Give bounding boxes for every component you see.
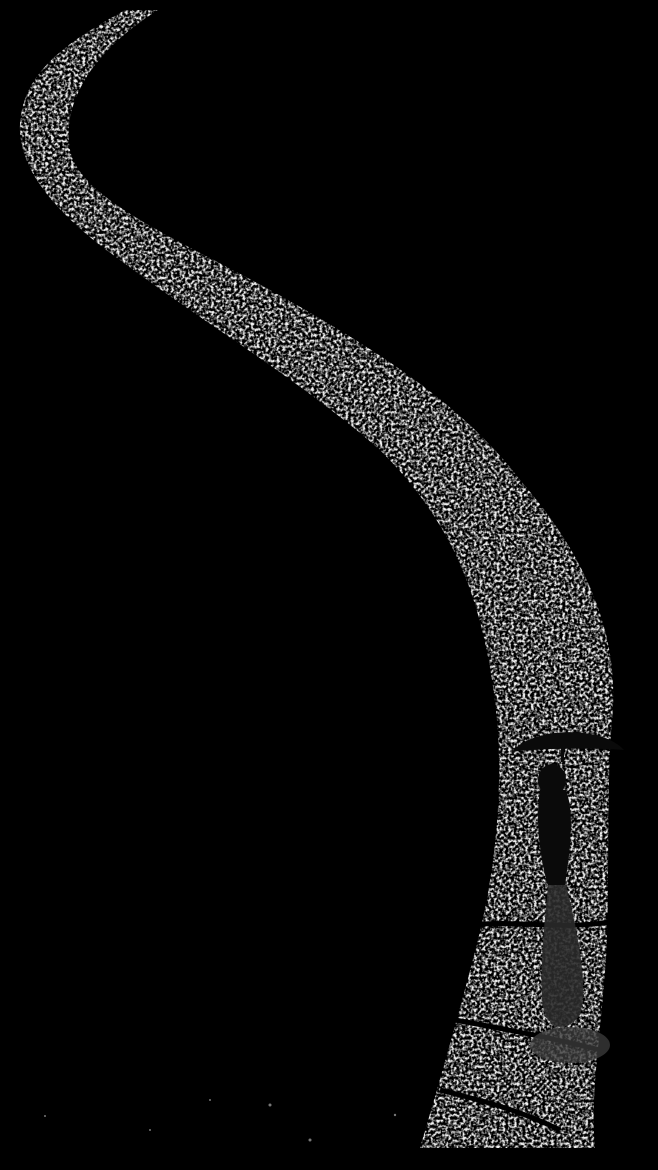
photo-canvas — [0, 0, 658, 1170]
photograph — [0, 0, 658, 1170]
